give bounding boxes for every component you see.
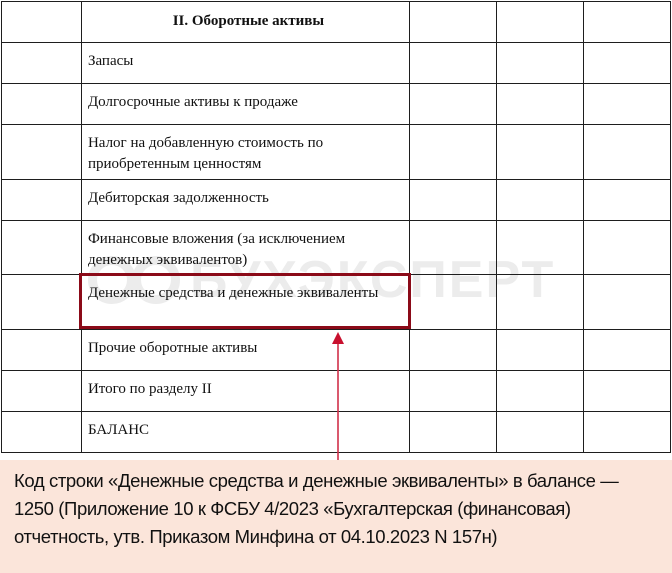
value-cell	[583, 221, 670, 275]
table-row: Запасы	[2, 43, 671, 84]
value-cell	[496, 180, 583, 221]
code-cell	[2, 330, 82, 371]
code-cell	[2, 180, 82, 221]
value-cell	[409, 84, 496, 125]
table-row: Дебиторская задолженность	[2, 180, 671, 221]
code-cell	[2, 412, 82, 453]
value-cell	[583, 2, 670, 43]
row-label: Дебиторская задолженность	[81, 180, 409, 221]
callout-text: Код строки «Денежные средства и денежные…	[14, 470, 618, 547]
value-cell	[409, 43, 496, 84]
value-cell	[496, 371, 583, 412]
row-label: Финансовые вложения (за исключением дене…	[81, 221, 409, 275]
value-cell	[409, 330, 496, 371]
table-row-section-header: II. Оборотные активы	[2, 2, 671, 43]
value-cell	[583, 84, 670, 125]
callout-note: Код строки «Денежные средства и денежные…	[0, 460, 672, 573]
row-label: Прочие оборотные активы	[81, 330, 409, 371]
value-cell	[496, 84, 583, 125]
value-cell	[496, 2, 583, 43]
code-cell	[2, 275, 82, 330]
value-cell	[583, 125, 670, 180]
code-cell	[2, 2, 82, 43]
value-cell	[583, 412, 670, 453]
value-cell	[496, 412, 583, 453]
value-cell	[496, 43, 583, 84]
highlight-box	[79, 273, 411, 329]
value-cell	[496, 221, 583, 275]
value-cell	[496, 330, 583, 371]
value-cell	[583, 330, 670, 371]
value-cell	[496, 275, 583, 330]
value-cell	[583, 43, 670, 84]
code-cell	[2, 221, 82, 275]
code-cell	[2, 371, 82, 412]
value-cell	[409, 2, 496, 43]
value-cell	[409, 125, 496, 180]
code-cell	[2, 43, 82, 84]
row-label: Долгосрочные активы к продаже	[81, 84, 409, 125]
section-title: II. Оборотные активы	[81, 2, 409, 43]
table-row: Долгосрочные активы к продаже	[2, 84, 671, 125]
value-cell	[496, 125, 583, 180]
row-label: Итого по разделу II	[81, 371, 409, 412]
value-cell	[409, 221, 496, 275]
table-row: Финансовые вложения (за исключением дене…	[2, 221, 671, 275]
value-cell	[409, 412, 496, 453]
code-cell	[2, 84, 82, 125]
value-cell	[409, 180, 496, 221]
value-cell	[409, 275, 496, 330]
row-label: БАЛАНС	[81, 412, 409, 453]
code-cell	[2, 125, 82, 180]
value-cell	[583, 371, 670, 412]
table-row: Налог на добавленную стоимость по приобр…	[2, 125, 671, 180]
row-label: Запасы	[81, 43, 409, 84]
row-label: Налог на добавленную стоимость по приобр…	[81, 125, 409, 180]
arrow-up-icon	[330, 331, 346, 461]
value-cell	[583, 275, 670, 330]
value-cell	[409, 371, 496, 412]
value-cell	[583, 180, 670, 221]
